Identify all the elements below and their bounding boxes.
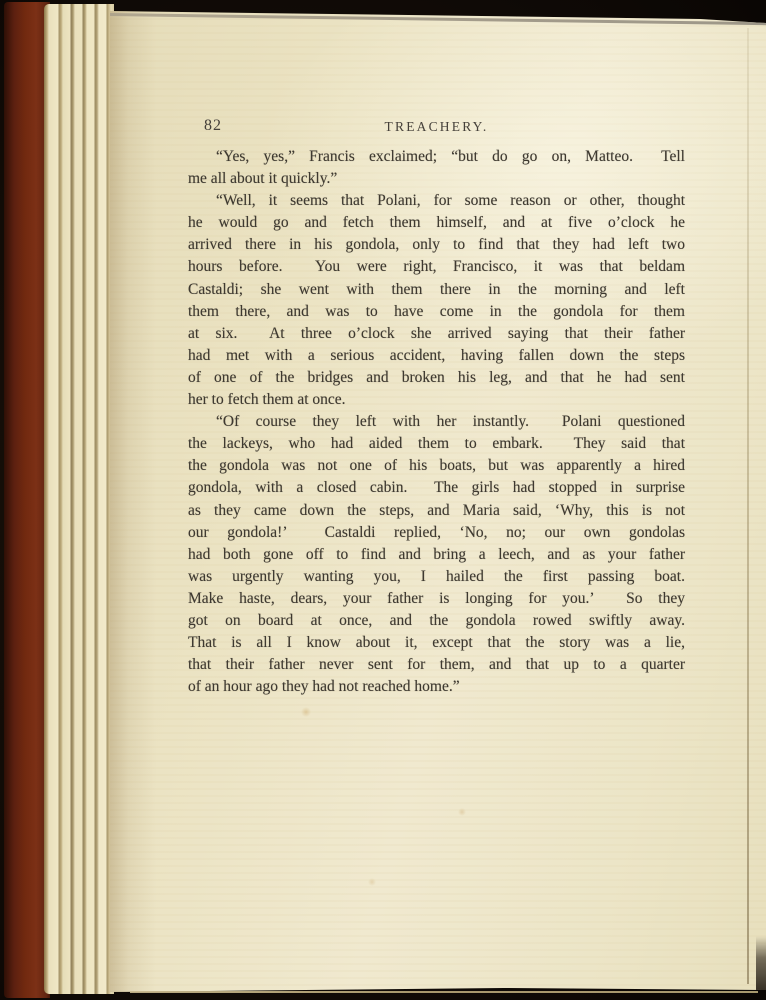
text-line: Castaldi; she went with them there in th… bbox=[188, 279, 685, 301]
page-edge-stack bbox=[44, 4, 114, 994]
text-line: he would go and fetch them himself, and … bbox=[188, 212, 685, 234]
paragraph: “Yes, yes,” Francis exclaimed; “but do g… bbox=[188, 146, 685, 190]
text-line: the lackeys, who had aided them to embar… bbox=[188, 433, 685, 455]
text-line: that their father never sent for them, a… bbox=[188, 654, 685, 676]
book-page: 82 TREACHERY. “Yes, yes,” Francis exclai… bbox=[110, 0, 766, 1000]
paragraph: “Well, it seems that Polani, for some re… bbox=[188, 190, 685, 411]
text-line: the gondola was not one of his boats, bu… bbox=[188, 455, 685, 477]
text-line: Make haste, dears, your father is longin… bbox=[188, 588, 685, 610]
page-header: 82 TREACHERY. bbox=[188, 117, 685, 135]
text-line: had both gone off to find and bring a le… bbox=[188, 544, 685, 566]
text-line: gondola, with a closed cabin. The girls … bbox=[188, 477, 685, 499]
text-line: That is all I know about it, except that… bbox=[188, 632, 685, 654]
running-header: TREACHERY. bbox=[188, 119, 685, 135]
text-line: of an hour ago they had not reached home… bbox=[188, 676, 685, 698]
page-top-edge-line bbox=[106, 13, 766, 25]
binding-shadow bbox=[110, 0, 156, 1000]
text-line: at six. At three o’clock she arrived say… bbox=[188, 323, 685, 345]
text-line: as they came down the steps, and Maria s… bbox=[188, 500, 685, 522]
text-line: “Of course they left with her instantly.… bbox=[188, 411, 685, 433]
text-line: got on board at once, and the gondola ro… bbox=[188, 610, 685, 632]
text-line: “Yes, yes,” Francis exclaimed; “but do g… bbox=[188, 146, 685, 168]
text-line: them there, and was to have come in the … bbox=[188, 301, 685, 323]
book-scan: 82 TREACHERY. “Yes, yes,” Francis exclai… bbox=[0, 0, 766, 1000]
paragraph: “Of course they left with her instantly.… bbox=[188, 411, 685, 698]
text-line: was urgently wanting you, I hailed the f… bbox=[188, 566, 685, 588]
text-line: “Well, it seems that Polani, for some re… bbox=[188, 190, 685, 212]
text-line: of one of the bridges and broken his leg… bbox=[188, 367, 685, 389]
lower-page-edge-line bbox=[130, 991, 758, 993]
text-line: had met with a serious accident, having … bbox=[188, 345, 685, 367]
text-line: our gondola!’ Castaldi replied, ‘No, no;… bbox=[188, 522, 685, 544]
text-line: her to fetch them at once. bbox=[188, 389, 685, 411]
page-right-edge-line bbox=[747, 28, 749, 984]
text-line: me all about it quickly.” bbox=[188, 168, 685, 190]
text-line: arrived there in his gondola, only to fi… bbox=[188, 234, 685, 256]
page-text: “Yes, yes,” Francis exclaimed; “but do g… bbox=[188, 146, 685, 698]
page-corner-notch bbox=[705, 5, 730, 18]
text-line: hours before. You were right, Francisco,… bbox=[188, 256, 685, 278]
